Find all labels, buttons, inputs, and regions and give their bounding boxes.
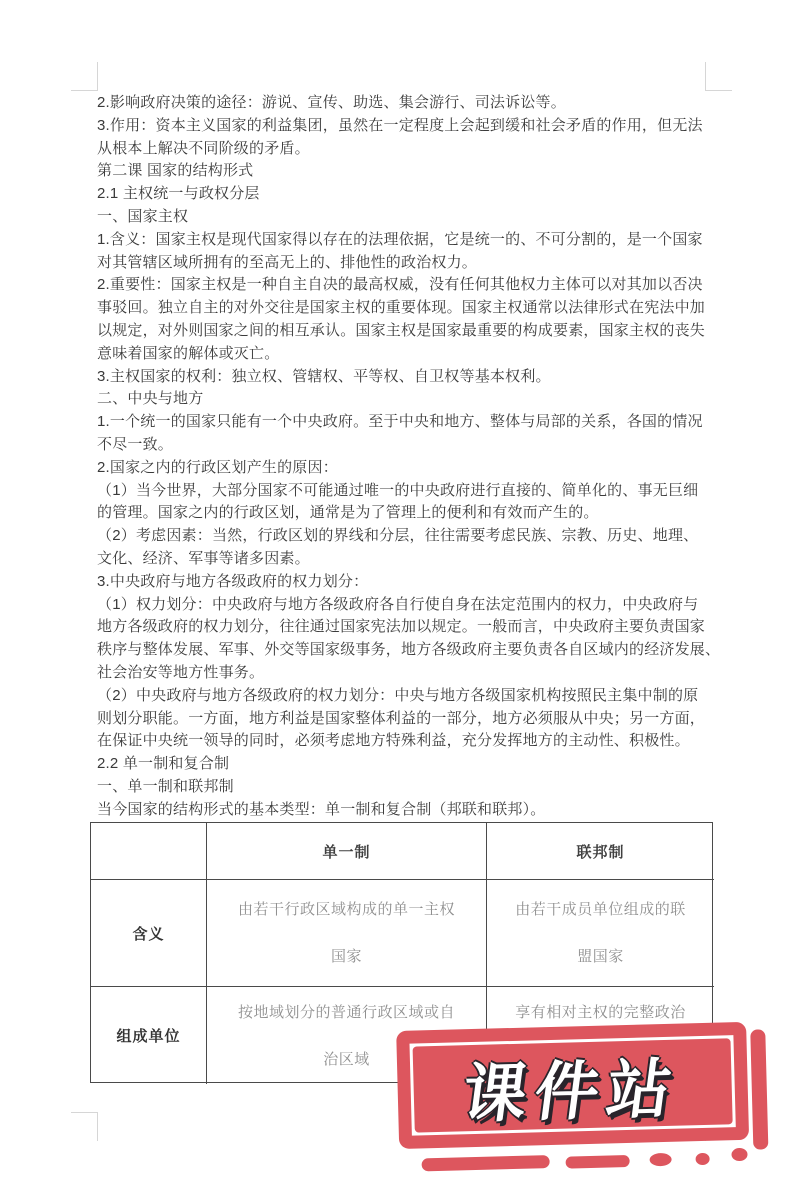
doc-line: 在保证中央统一领导的同时，必须考虑地方特殊利益，充分发挥地方的主动性、积极性。 (97, 730, 713, 753)
doc-line: 事驳回。独立自主的对外交往是国家主权的重要体现。国家主权通常以法律形式在宪法中加 (97, 297, 713, 320)
doc-line: （1）当今世界，大部分国家不可能通过唯一的中央政府进行直接的、简单化的、事无巨细 (97, 480, 713, 503)
cropmark-top-left (71, 62, 98, 91)
doc-line: 当今国家的结构形式的基本类型：单一制和复合制（邦联和联邦）。 (97, 799, 713, 822)
document-text: 2.影响政府决策的途径：游说、宣传、助选、集会游行、司法诉讼等。 3.作用：资本… (97, 92, 713, 822)
table-row-label-units: 组成单位 (91, 986, 206, 1084)
doc-line: 一、国家主权 (97, 206, 713, 229)
doc-line: 地方各级政府的权力划分，往往通过国家宪法加以规定。一般而言，中央政府主要负责国家 (97, 616, 713, 639)
doc-line: 文化、经济、军事等诸多因素。 (97, 548, 713, 571)
doc-line: 2.重要性：国家主权是一种自主自决的最高权威，没有任何其他权力主体可以对其加以否… (97, 274, 713, 297)
table-header-federal: 联邦制 (486, 823, 714, 879)
cell-line: 由若干行政区域构成的单一主权 (238, 886, 455, 933)
stamp-brush-dash (649, 1153, 671, 1167)
doc-line: 以规定，对外则国家之间的相互承认。国家主权是国家最重要的构成要素，国家主权的丧失 (97, 320, 713, 343)
doc-line: 从根本上解决不同阶级的矛盾。 (97, 138, 713, 161)
doc-line: 秩序与整体发展、军事、外交等国家级事务，地方各级政府主要负责各自区域内的经济发展… (97, 639, 713, 662)
stamp-brush-dash (421, 1155, 549, 1171)
cell-line: 国家 (331, 933, 362, 980)
doc-line: 2.国家之内的行政区划产生的原因： (97, 457, 713, 480)
document-page: 2.影响政府决策的途径：游说、宣传、助选、集会游行、司法诉讼等。 3.作用：资本… (0, 0, 800, 1200)
stamp-brush-dash (566, 1155, 630, 1169)
cropmark-top-right (705, 62, 732, 91)
doc-line: 2.2 单一制和复合制 (97, 753, 713, 776)
doc-line: 2.影响政府决策的途径：游说、宣传、助选、集会游行、司法诉讼等。 (97, 92, 713, 115)
doc-line: （1）权力划分：中央政府与地方各级政府各自行使自身在法定范围内的权力，中央政府与 (97, 594, 713, 617)
stamp-brush-dash (731, 1148, 747, 1161)
doc-line: 第二课 国家的结构形式 (97, 160, 713, 183)
doc-line: （2）中央政府与地方各级政府的权力划分：中央与地方各级国家机构按照民主集中制的原 (97, 685, 713, 708)
table-row-label-meaning: 含义 (91, 879, 206, 986)
doc-line: （2）考虑因素：当然，行政区划的界线和分层，往往需要考虑民族、宗教、历史、地理、 (97, 525, 713, 548)
table-header-empty (91, 823, 206, 879)
doc-line: 不尽一致。 (97, 434, 713, 457)
table-cell-meaning-federal: 由若干成员单位组成的联 盟国家 (486, 879, 714, 986)
table-header-unitary: 单一制 (206, 823, 486, 879)
kejianzhan-stamp: 课件站 (394, 1013, 782, 1185)
cell-line: 盟国家 (577, 933, 624, 980)
doc-line: 1.一个统一的国家只能有一个中央政府。至于中央和地方、整体与局部的关系，各国的情… (97, 411, 713, 434)
doc-line: 3.作用：资本主义国家的利益集团，虽然在一定程度上会起到缓和社会矛盾的作用，但无… (97, 115, 713, 138)
cell-line: 治区域 (323, 1036, 370, 1083)
doc-line: 3.中央政府与地方各级政府的权力划分： (97, 571, 713, 594)
stamp-brush-stroke-right (750, 1029, 768, 1149)
doc-line: 社会治安等地方性事务。 (97, 662, 713, 685)
cell-line: 由若干成员单位组成的联 (515, 886, 686, 933)
table-cell-meaning-unitary: 由若干行政区域构成的单一主权 国家 (206, 879, 486, 986)
doc-line: 二、中央与地方 (97, 388, 713, 411)
doc-line: 2.1 主权统一与政权分层 (97, 183, 713, 206)
doc-line: 对其管辖区域所拥有的至高无上的、排他性的政治权力。 (97, 252, 713, 275)
cropmark-bottom-left (71, 1112, 98, 1141)
stamp-text: 课件站 (395, 1030, 749, 1143)
doc-line: 3.主权国家的权利：独立权、管辖权、平等权、自卫权等基本权利。 (97, 366, 713, 389)
stamp-brush-dash (695, 1153, 709, 1165)
doc-line: 则划分职能。一方面，地方利益是国家整体利益的一部分，地方必须服从中央；另一方面， (97, 708, 713, 731)
doc-line: 的管理。国家之内的行政区划，通常是为了管理上的便利和有效而产生的。 (97, 502, 713, 525)
doc-line: 意味着国家的解体或灭亡。 (97, 343, 713, 366)
doc-line: 1.含义：国家主权是现代国家得以存在的法理依据，它是统一的、不可分割的，是一个国… (97, 229, 713, 252)
doc-line: 一、单一制和联邦制 (97, 776, 713, 799)
